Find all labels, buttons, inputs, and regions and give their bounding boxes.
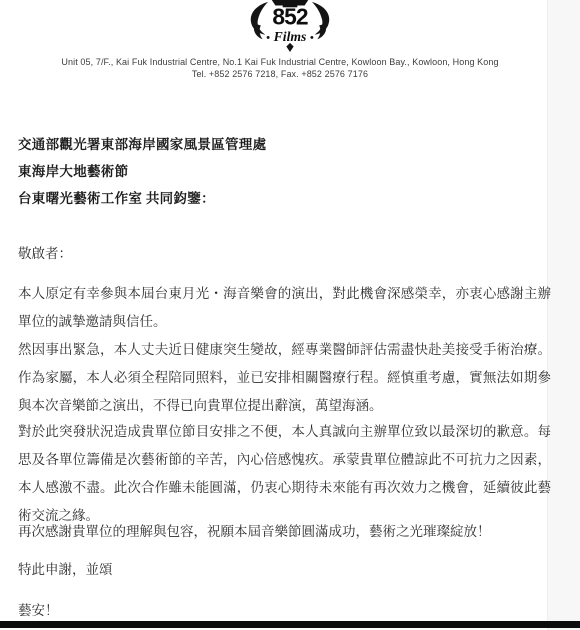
closing-line: 特此申謝，並頌: [18, 556, 551, 584]
recipient-block: 交通部觀光署東部海岸國家風景區管理處 東海岸大地藝術節 台東曙光藝術工作室 共同…: [18, 131, 550, 212]
logo-number: 852: [272, 4, 308, 30]
recipient-line-2: 東海岸大地藝術節: [18, 158, 550, 185]
company-logo: 852 Films: [233, 0, 347, 52]
page-edge-shadow: [547, 0, 580, 630]
recipient-line-3: 台東曙光藝術工作室 共同鈞鑒：: [18, 185, 550, 212]
address-line-1: Unit 05, 7/F., Kai Fuk Industrial Centre…: [0, 57, 560, 69]
scan-artifact-bar: [0, 621, 580, 628]
scanned-letter-page: { "logo": { "number": "852", "name": "Fi…: [0, 0, 580, 630]
letter-paragraph-3: 對於此突發狀況造成貴單位節目安排之不便，本人真誠向主辦單位致以最深切的歉意。每思…: [18, 418, 551, 530]
logo-wordmark: Films: [273, 29, 307, 44]
recipient-line-1: 交通部觀光署東部海岸國家風景區管理處: [18, 131, 550, 158]
letter-paragraph-1: 本人原定有幸參與本屆台東月光・海音樂會的演出，對此機會深感榮幸，亦衷心感謝主辦單…: [18, 280, 551, 336]
crest-852-films-icon: 852 Films: [233, 0, 347, 52]
salutation: 敬啟者：: [18, 240, 551, 268]
letter-paragraph-2: 然因事出緊急，本人丈夫近日健康突生變故，經專業醫師評估需盡快赴美接受手術治療。作…: [18, 336, 551, 420]
letterhead-address: Unit 05, 7/F., Kai Fuk Industrial Centre…: [0, 57, 560, 80]
address-line-2: Tel. +852 2576 7218, Fax. +852 2576 7176: [0, 69, 560, 81]
letter-paragraph-4: 再次感謝貴單位的理解與包容，祝願本屆音樂節圓滿成功，藝術之光璀璨綻放！: [18, 518, 551, 546]
